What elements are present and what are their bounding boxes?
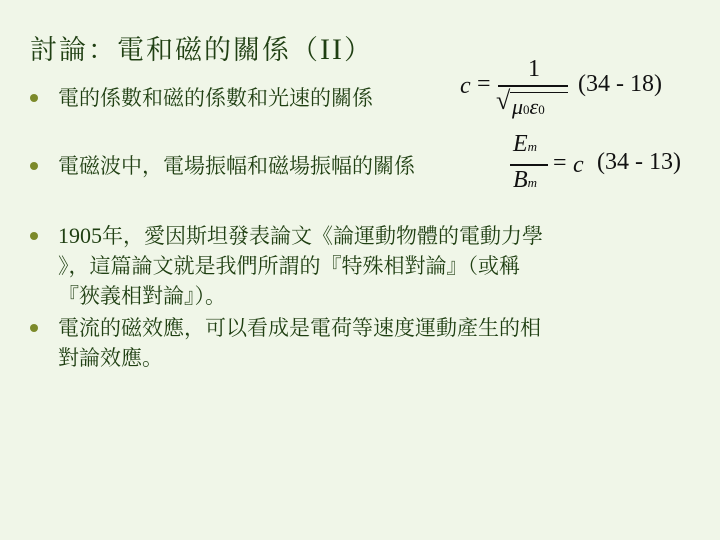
e-symbol: E (513, 131, 528, 157)
eq-lhs: c (460, 73, 471, 100)
bullet-text: 電磁波中，電場振幅和磁場振幅的關係 (58, 151, 415, 181)
bullet-line: 電流的磁效應，可以看成是電荷等速度運動產生的相 (58, 313, 541, 343)
sqrt-bar (510, 92, 568, 93)
eq-equals: = (477, 71, 491, 98)
eq-rhs: c (573, 152, 584, 179)
equation-label: (34 - 18) (578, 71, 662, 98)
bullet-item-2: 電磁波中，電場振幅和磁場振幅的關係 (30, 151, 415, 181)
fraction-bar (510, 164, 548, 166)
bullet-text: 電流的磁效應，可以看成是電荷等速度運動產生的相 對論效應。 (58, 313, 541, 373)
bullet-text: 電的係數和磁的係數和光速的關係 (58, 83, 373, 113)
year-text: 1905 (58, 223, 102, 248)
bullet-dot-icon (30, 232, 38, 240)
bullet-text: 1905年，愛因斯坦發表論文《論運動物體的電動力學 》，這篇論文就是我們所謂的『… (58, 221, 543, 311)
epsilon-subscript: 0 (538, 102, 545, 117)
mu-symbol: μ (512, 94, 523, 119)
eq-denominator: μ0ε0 (512, 94, 545, 120)
eq-numerator: 1 (528, 56, 540, 83)
bullet-line: 『狹義相對論』）。 (58, 281, 543, 311)
bullet-line: 對論效應。 (58, 343, 541, 373)
bullet-dot-icon (30, 162, 38, 170)
b-symbol: B (513, 167, 528, 193)
epsilon-symbol: ε (530, 94, 539, 119)
title-roman-numeral: II (320, 33, 344, 66)
eq-numerator: Em (513, 131, 537, 158)
equation-label: (34 - 13) (597, 149, 681, 176)
b-subscript: m (528, 175, 537, 190)
bullet-item-3: 1905年，愛因斯坦發表論文《論運動物體的電動力學 》，這篇論文就是我們所謂的『… (30, 221, 543, 311)
title-text: 討論：電和磁的關係（ (30, 35, 320, 66)
bullet-dot-icon (30, 94, 38, 102)
bullet-item-1: 電的係數和磁的係數和光速的關係 (30, 83, 373, 113)
title-suffix: ） (344, 35, 373, 66)
e-subscript: m (528, 139, 537, 154)
eq-denominator: Bm (513, 167, 537, 194)
bullet-dot-icon (30, 324, 38, 332)
bullet-item-4: 電流的磁效應，可以看成是電荷等速度運動產生的相 對論效應。 (30, 313, 541, 373)
slide-title: 討論：電和磁的關係（II） (30, 28, 373, 67)
bullet-line: 》，這篇論文就是我們所謂的『特殊相對論』（或稱 (58, 251, 543, 281)
eq-equals: = (553, 150, 567, 177)
bullet-line: 年，愛因斯坦發表論文《論運動物體的電動力學 (102, 224, 543, 248)
sqrt-icon: √ (496, 86, 510, 116)
